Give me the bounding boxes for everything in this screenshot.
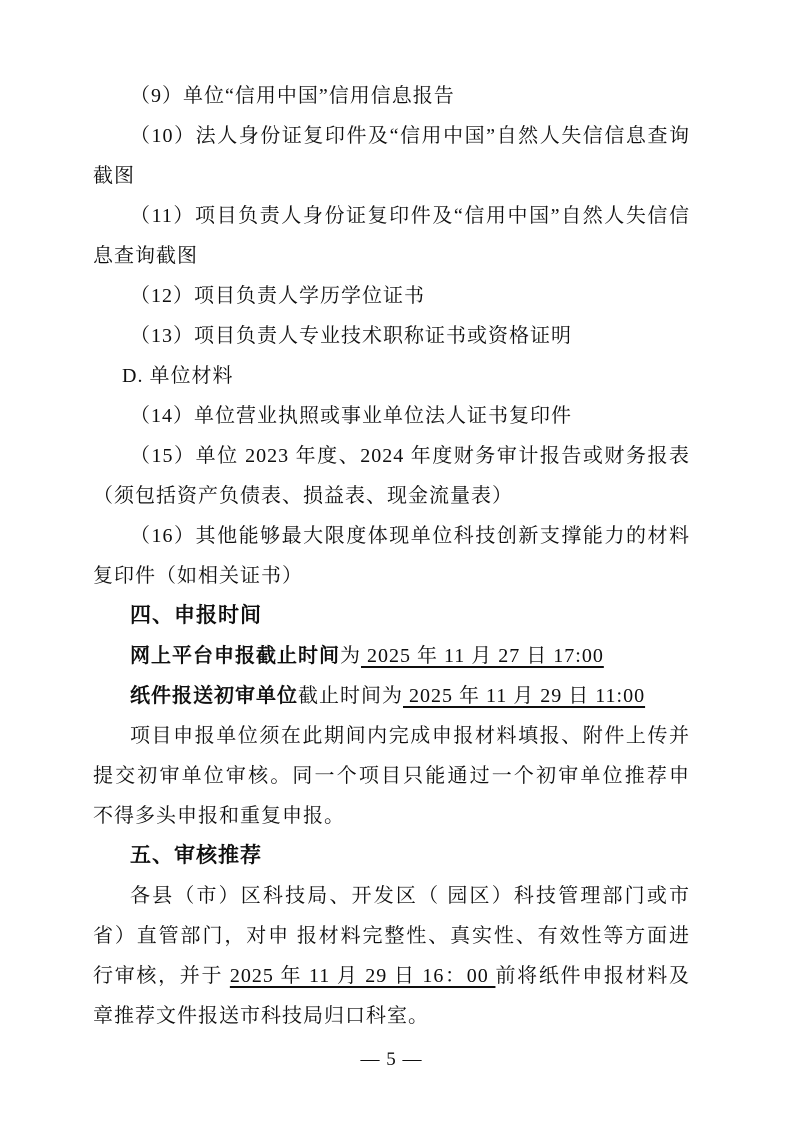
attachment-item-15-line-1: （15）单位 2023 年度、2024 年度财务审计报告或财务报表	[93, 436, 690, 476]
attachment-item-15-text-2: （须包括资产负债表、损益表、现金流量表）	[93, 485, 513, 507]
attachment-item-10-text-2: 截图	[93, 165, 135, 187]
attachment-item-11-line-1: （11）项目负责人身份证复印件及“信用中国”自然人失信信	[93, 196, 690, 236]
paper-deadline-mid: 截止时间为	[298, 685, 403, 707]
page-number: — 5 —	[93, 1046, 690, 1074]
attachment-item-16-line-2: 复印件（如相关证书）	[93, 556, 690, 596]
section-5-heading-text: 五、审核推荐	[130, 844, 262, 867]
document-body: （9）单位“信用中国”信用信息报告 （10）法人身份证复印件及“信用中国”自然人…	[93, 76, 690, 1074]
attachment-item-16-line-1: （16）其他能够最大限度体现单位科技创新支撑能力的材料	[93, 516, 690, 556]
attachment-item-9-text: （9）单位“信用中国”信用信息报告	[130, 85, 455, 107]
section-5-heading: 五、审核推荐	[93, 836, 690, 876]
section-5-para-deadline-date: 2025 年 11 月 29 日 16：00	[230, 965, 496, 987]
section-5-para-text-4: 章推荐文件报送市科技局归口科室。	[93, 1005, 429, 1027]
paper-deadline-line: 纸件报送初审单位截止时间为 2025 年 11 月 29 日 11:00	[93, 676, 690, 716]
attachment-item-12: （12）项目负责人学历学位证书	[93, 276, 690, 316]
attachment-item-15-text-1: （15）单位 2023 年度、2024 年度财务审计报告或财务报表	[130, 445, 690, 467]
section-d-subheading: D. 单位材料	[93, 356, 690, 396]
section-4-para-line-2: 提交初审单位审核。同一个项目只能通过一个初审单位推荐申报，	[93, 756, 690, 796]
attachment-item-10-line-1: （10）法人身份证复印件及“信用中国”自然人失信信息查询	[93, 116, 690, 156]
attachment-item-13-text: （13）项目负责人专业技术职称证书或资格证明	[130, 325, 572, 347]
attachment-item-13: （13）项目负责人专业技术职称证书或资格证明	[93, 316, 690, 356]
attachment-item-12-text: （12）项目负责人学历学位证书	[130, 285, 425, 307]
paper-deadline-date: 2025 年 11 月 29 日 11:00	[403, 685, 645, 707]
online-deadline-line: 网上平台申报截止时间为 2025 年 11 月 27 日 17:00	[93, 636, 690, 676]
section-5-para-line-1: 各县（市）区科技局、开发区（ 园区）科技管理部门或市（中	[93, 876, 690, 916]
section-5-para-line-2: 省）直管部门，对申 报材料完整性、真实性、有效性等方面进	[93, 916, 690, 956]
attachment-item-9: （9）单位“信用中国”信用信息报告	[93, 76, 690, 116]
attachment-item-16-text-1: （16）其他能够最大限度体现单位科技创新支撑能力的材料	[130, 525, 690, 547]
attachment-item-11-text-2: 息查询截图	[93, 245, 198, 267]
attachment-item-14-text: （14）单位营业执照或事业单位法人证书复印件	[130, 405, 572, 427]
section-4-para-line-1: 项目申报单位须在此期间内完成申报材料填报、附件上传并	[93, 716, 690, 756]
attachment-item-11-line-2: 息查询截图	[93, 236, 690, 276]
online-deadline-mid: 为	[340, 645, 361, 667]
section-4-heading-text: 四、申报时间	[130, 604, 262, 627]
attachment-item-10-text-1: （10）法人身份证复印件及“信用中国”自然人失信信息查询	[130, 125, 690, 147]
document-page: （9）单位“信用中国”信用信息报告 （10）法人身份证复印件及“信用中国”自然人…	[0, 0, 793, 1122]
section-5-para-text-2: 省）直管部门，对申 报材料完整性、真实性、有效性等方面进	[93, 925, 690, 947]
attachment-item-15-line-2: （须包括资产负债表、损益表、现金流量表）	[93, 476, 690, 516]
online-deadline-date: 2025 年 11 月 27 日 17:00	[361, 645, 604, 667]
online-deadline-label: 网上平台申报截止时间	[130, 645, 340, 667]
section-5-para-text-3-pre: 行审核，并于	[93, 965, 230, 987]
attachment-item-16-text-2: 复印件（如相关证书）	[93, 565, 303, 587]
section-4-para-line-3: 不得多头申报和重复申报。	[93, 796, 690, 836]
section-5-para-line-3: 行审核，并于 2025 年 11 月 29 日 16：00 前将纸件申报材料及盖	[93, 956, 690, 996]
attachment-item-11-text-1: （11）项目负责人身份证复印件及“信用中国”自然人失信信	[130, 205, 690, 227]
attachment-item-14: （14）单位营业执照或事业单位法人证书复印件	[93, 396, 690, 436]
section-4-para-text-1: 项目申报单位须在此期间内完成申报材料填报、附件上传并	[130, 725, 690, 747]
paper-deadline-label: 纸件报送初审单位	[130, 685, 298, 707]
section-5-para-text-1: 各县（市）区科技局、开发区（ 园区）科技管理部门或市（中	[93, 885, 690, 916]
page-number-text: — 5 —	[361, 1049, 423, 1070]
section-5-para-line-4: 章推荐文件报送市科技局归口科室。	[93, 996, 690, 1036]
section-4-para-text-2: 提交初审单位审核。同一个项目只能通过一个初审单位推荐申报，	[93, 765, 690, 796]
section-4-para-text-3: 不得多头申报和重复申报。	[93, 805, 345, 827]
section-4-heading: 四、申报时间	[93, 596, 690, 636]
section-d-text: D. 单位材料	[122, 365, 233, 387]
attachment-item-10-line-2: 截图	[93, 156, 690, 196]
